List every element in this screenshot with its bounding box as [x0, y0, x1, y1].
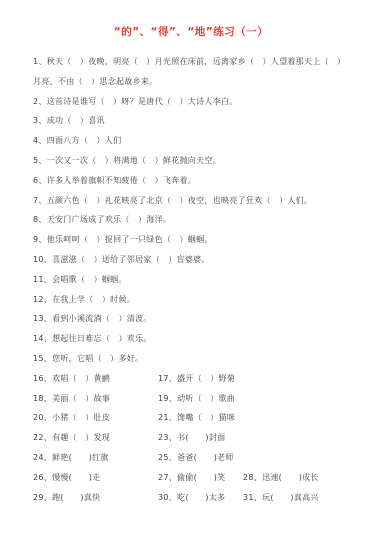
worksheet-text: 月亮，不由（ ）思念起故乡来。 [33, 76, 158, 87]
worksheet-text: 23、书( )封面 [158, 432, 225, 443]
worksheet-row: 10、喜滋滋（ ）送给了邻居家（ ）盲婆婆。 [0, 254, 382, 268]
worksheet-text: 19、动听（ ）歌曲 [158, 393, 235, 404]
worksheet-text: 5、一次又一次（ ）将满地（ ）鲜花抛向天空。 [33, 155, 221, 166]
worksheet-row: 6、许多人举着旗帜不知疲倦（ ）飞奔着。 [0, 175, 382, 189]
worksheet-row: 11、会唱歌（ ）蝈蝈。 [0, 274, 382, 288]
worksheet-text: 20、小猪（ ）肚皮 [33, 412, 110, 423]
worksheet-row: 18、美丽（ ）故事19、动听（ ）歌曲 [0, 393, 382, 407]
worksheet-row: 16、欢唱（ ）黄鹂17、盛开（ ）野菊 [0, 373, 382, 387]
worksheet-row: 9、他乐呵呵（ ）捉回了一只绿色（ ）蝈蝈。 [0, 234, 382, 248]
worksheet-text: 12、在我上学（ ）时候。 [33, 294, 135, 305]
worksheet-row: 15、您听，它唱（ ）多好。 [0, 353, 382, 367]
worksheet-row: 29、跑( )真快30、吃( )太多31、玩( )真高兴 [0, 492, 382, 506]
worksheet-text: 1、秋天（ ）夜晚，明亮（ ）月光照在床前，远离家乡（ ）人望着那天上（ ） [33, 56, 346, 67]
worksheet-row: 24、鲜艳( )红旗25、爸爸( )老师 [0, 452, 382, 466]
worksheet-row: 22、有趣（ ）发现23、书( )封面 [0, 432, 382, 446]
worksheet-page: “的”、“得”、“地”练习（一） 1、秋天（ ）夜晚，明亮（ ）月光照在床前，远… [0, 0, 382, 540]
worksheet-row: 26、慢慢( )走27、偷偷( )笑28、迅速( )成长 [0, 472, 382, 486]
worksheet-row: 3、成功（ ）喜讯 [0, 115, 382, 129]
worksheet-text: 9、他乐呵呵（ ）捉回了一只绿色（ ）蝈蝈。 [33, 234, 213, 245]
worksheet-text: 6、许多人举着旗帜不知疲倦（ ）飞奔着。 [33, 175, 196, 186]
worksheet-text: 26、慢慢( )走 [33, 472, 100, 483]
worksheet-row: 1、秋天（ ）夜晚，明亮（ ）月光照在床前，远离家乡（ ）人望着那天上（ ） [0, 56, 382, 70]
worksheet-text: 8、天安门广场成了欢乐（ ）海洋。 [33, 214, 171, 225]
worksheet-text: 4、四面八方（ ）人们 [33, 135, 121, 146]
worksheet-row: 13、看到小溪流淌（ ）清波。 [0, 313, 382, 327]
worksheet-text: 22、有趣（ ）发现 [33, 432, 110, 443]
worksheet-row: 14、想起往日难忘（ ）欢乐。 [0, 333, 382, 347]
worksheet-row: 5、一次又一次（ ）将满地（ ）鲜花抛向天空。 [0, 155, 382, 169]
worksheet-text: 16、欢唱（ ）黄鹂 [33, 373, 110, 384]
worksheet-text: 28、迅速( )成长 [243, 472, 319, 483]
worksheet-text: 30、吃( )太多 [158, 492, 225, 503]
worksheet-text: 25、爸爸( )老师 [158, 452, 234, 463]
worksheet-text: 17、盛开（ ）野菊 [158, 373, 235, 384]
worksheet-text: 27、偷偷( )笑 [158, 472, 225, 483]
worksheet-row: 7、五颜六色（ ）礼花映亮了北京（ ）夜空，也映亮了狂欢（ ）人们。 [0, 195, 382, 209]
worksheet-text: 15、您听，它唱（ ）多好。 [33, 353, 143, 364]
worksheet-text: 10、喜滋滋（ ）送给了邻居家（ ）盲婆婆。 [33, 254, 210, 265]
worksheet-text: 21、馋嘴（ ）猫咪 [158, 412, 235, 423]
worksheet-text: 13、看到小溪流淌（ ）清波。 [33, 313, 152, 324]
worksheet-text: 14、想起往日难忘（ ）欢乐。 [33, 333, 152, 344]
worksheet-row: 8、天安门广场成了欢乐（ ）海洋。 [0, 214, 382, 228]
worksheet-row: 12、在我上学（ ）时候。 [0, 294, 382, 308]
worksheet-text: 2、这首诗是谁写（ ）呀？是唐代（ ）大诗人李白。 [33, 96, 238, 107]
worksheet-row: 2、这首诗是谁写（ ）呀？是唐代（ ）大诗人李白。 [0, 96, 382, 110]
worksheet-text: 11、会唱歌（ ）蝈蝈。 [33, 274, 127, 285]
worksheet-text: 18、美丽（ ）故事 [33, 393, 110, 404]
worksheet-text: 29、跑( )真快 [33, 492, 100, 503]
worksheet-text: 31、玩( )真高兴 [243, 492, 319, 503]
worksheet-row: 月亮，不由（ ）思念起故乡来。 [0, 76, 382, 90]
worksheet-text: 7、五颜六色（ ）礼花映亮了北京（ ）夜空，也映亮了狂欢（ ）人们。 [33, 195, 312, 206]
worksheet-text: 3、成功（ ）喜讯 [33, 115, 105, 126]
worksheet-text: 24、鲜艳( )红旗 [33, 452, 109, 463]
worksheet-body: 1、秋天（ ）夜晚，明亮（ ）月光照在床前，远离家乡（ ）人望着那天上（ ）月亮… [0, 0, 382, 540]
worksheet-row: 20、小猪（ ）肚皮21、馋嘴（ ）猫咪 [0, 412, 382, 426]
worksheet-row: 4、四面八方（ ）人们 [0, 135, 382, 149]
